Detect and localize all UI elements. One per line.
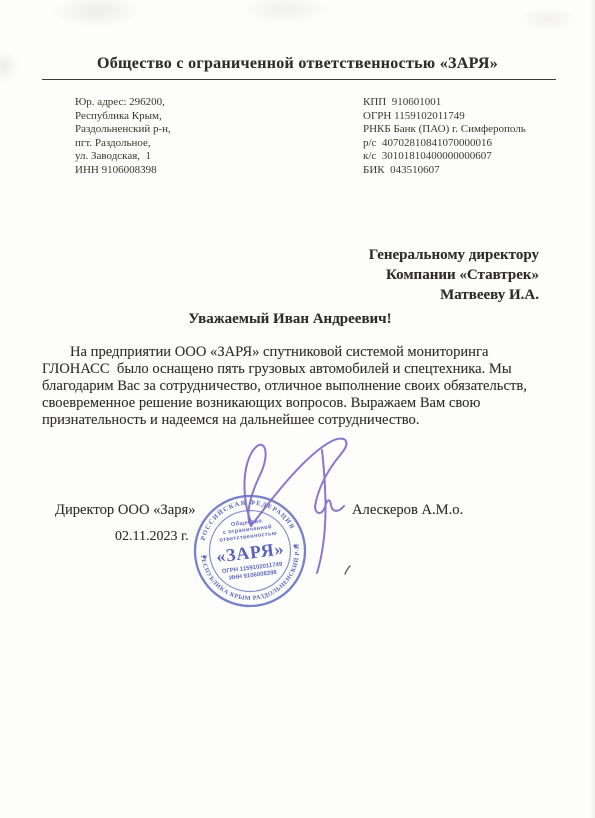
- addressee-line: Компании «Ставтрек»: [369, 265, 539, 285]
- scan-artifact: [240, 0, 330, 24]
- letter-body: На предприятии ООО «ЗАРЯ» спутниковой си…: [42, 344, 528, 429]
- address-line: Республика Крым,: [75, 110, 171, 124]
- address-line: Раздольненский р-н,: [75, 123, 171, 137]
- signature-stroke: [315, 500, 344, 513]
- letterhead-bank-block: КПП 910601001 ОГРН 1159102011749 РНКБ Ба…: [363, 96, 526, 177]
- addressee-block: Генеральному директору Компании «Ставтре…: [369, 245, 539, 305]
- addressee-line: Матвееву И.А.: [369, 285, 539, 305]
- scan-artifact: [518, 10, 578, 32]
- bank-line: ОГРН 1159102011749: [363, 110, 526, 124]
- company-title: Общество с ограниченной ответственностью…: [0, 55, 595, 73]
- address-line: пгт. Раздольное,: [75, 137, 171, 151]
- bank-line: БИК 043510607: [363, 164, 526, 178]
- scanned-letter-page: Общество с ограниченной ответственностью…: [0, 0, 595, 818]
- body-line: ГЛОНАСС было оснащено пять грузовых авто…: [42, 361, 528, 378]
- bank-line: КПП 910601001: [363, 96, 526, 110]
- handwritten-signature: [185, 428, 380, 593]
- body-line: благодарим Вас за сотрудничество, отличн…: [42, 378, 528, 395]
- address-line: Юр. адрес: 296200,: [75, 96, 171, 110]
- addressee-line: Генеральному директору: [369, 245, 539, 265]
- bank-line: к/с 30101810400000000607: [363, 150, 526, 164]
- address-line: ул. Заводская, 1: [75, 150, 171, 164]
- letterhead-address-block: Юр. адрес: 296200, Республика Крым, Разд…: [75, 96, 171, 177]
- header-divider: [42, 79, 556, 80]
- signature-stroke: [244, 445, 265, 526]
- bank-line: р/с 40702810841070000016: [363, 137, 526, 151]
- scan-artifact: [52, 0, 142, 28]
- pen-tick-mark: [345, 566, 350, 574]
- salutation: Уважаемый Иван Андреевич!: [0, 311, 580, 328]
- body-line: своевременное решение возникающих вопрос…: [42, 395, 528, 412]
- signer-position: Директор ООО «Заря»: [55, 502, 196, 519]
- scan-edge-shadow: [591, 0, 595, 818]
- body-line: признательность и надеемся на дальнейшее…: [42, 412, 528, 429]
- letter-date: 02.11.2023 г.: [115, 529, 189, 545]
- bank-line: РНКБ Банк (ПАО) г. Симферополь: [363, 123, 526, 137]
- body-line: На предприятии ООО «ЗАРЯ» спутниковой си…: [42, 344, 528, 361]
- address-line: ИНН 9106008398: [75, 164, 171, 178]
